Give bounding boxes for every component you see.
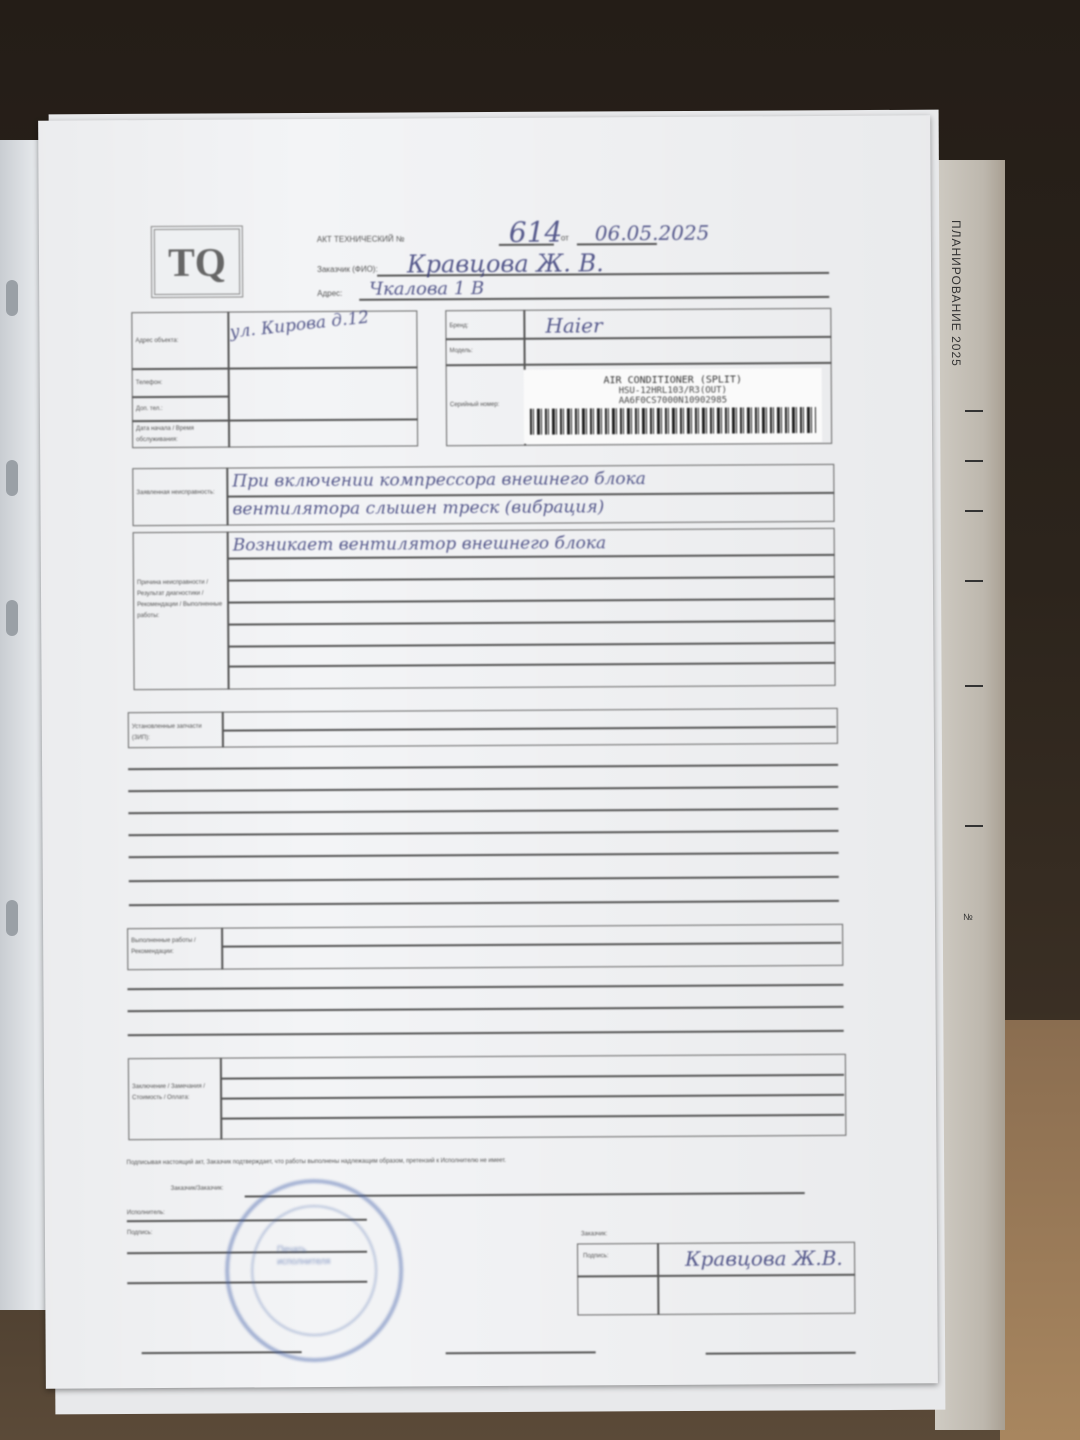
binder-ring [6, 600, 18, 636]
ruled-line [128, 830, 838, 836]
spine-text: ПЛАНИРОВАНИЕ 2025 [949, 220, 963, 367]
ruled-line [129, 876, 839, 882]
works-label: Выполненные работы / Рекомендации: [131, 936, 219, 959]
extra-phone-label: Доп. тел.: [136, 404, 163, 415]
stamp-inner-ring [251, 1205, 378, 1337]
handwritten-issue-line-2: вентилятора слышен треск (вибрация) [232, 497, 604, 519]
ruled-line [128, 1006, 844, 1012]
table-surface [1000, 1020, 1080, 1440]
phone-label: Телефон: [136, 378, 163, 389]
serial-label: Серийный номер: [450, 400, 500, 411]
customer-sign-label: Заказчик/Заказчик: [171, 1184, 224, 1195]
ruled-line [129, 852, 839, 858]
spine-tick [965, 580, 983, 582]
handwritten-brand: Haier [545, 313, 602, 337]
spine-tick [965, 510, 983, 512]
spine-number: № [963, 912, 973, 922]
ruled-line [127, 984, 843, 990]
divider [221, 928, 223, 970]
ruled-line [128, 808, 838, 814]
address-label: Адрес: [317, 289, 342, 298]
spine-tick [965, 460, 983, 462]
customer-right-label: Заказчик: [581, 1229, 607, 1240]
customer-label: Заказчик (ФИО): [317, 265, 378, 274]
sticker-serial: AA6F0CS7000N10902985 [524, 395, 822, 407]
stamp-text: Печать исполнителя [277, 1243, 357, 1267]
ruled-line [128, 1030, 844, 1036]
handwritten-customer: Кравцова Ж. В. [407, 249, 604, 278]
customer-right-sign-label: Подпись: [583, 1251, 608, 1262]
handwritten-diagnostics-line-1: Возникает вентилятор внешнего блока [233, 533, 607, 555]
parts-label: Установленные запчасти (ЗИП): [132, 722, 220, 745]
ruled-line [129, 900, 839, 906]
ruled-line [128, 764, 838, 770]
address-object-label: Адрес объекта: [135, 336, 178, 347]
date-time-label: Дата начала / Время обслуживания: [136, 424, 226, 447]
service-act-page: TQ АКТ ТЕХНИЧЕСКИЙ № от Заказчик (ФИО): … [38, 115, 938, 1388]
binder-spine-sheet: ПЛАНИРОВАНИЕ 2025 № [935, 160, 1005, 1430]
spine-tick [965, 685, 983, 687]
spine-tick [965, 825, 983, 827]
handwritten-address: Чкалова 1 В [369, 278, 484, 300]
brand-label: Бренд: [449, 321, 468, 332]
bottom-line [446, 1351, 596, 1353]
device-serial-sticker: AIR CONDITIONER (SPLIT) HSU-12HRL103/R3(… [524, 368, 822, 444]
handwritten-date: 06.05.2025 [595, 221, 710, 246]
binder-ring [6, 900, 18, 936]
issue-label: Заявленная неисправность: [136, 488, 224, 500]
binder-ring [6, 280, 18, 316]
executor-signature-label: Подпись: [127, 1228, 152, 1239]
notes-label: Заключение / Замечания / Стоимость / Опл… [132, 1082, 218, 1105]
barcode-icon [530, 407, 816, 435]
ruled-line [128, 786, 838, 792]
act-title-label: АКТ ТЕХНИЧЕСКИЙ № [317, 235, 405, 245]
bottom-line [706, 1352, 856, 1354]
footer-disclaimer: Подписывая настоящий акт, Заказчик подтв… [126, 1158, 506, 1166]
handwritten-issue-line-1: При включении компрессора внешнего блока [232, 469, 646, 492]
company-logo: TQ [151, 225, 243, 298]
handwritten-act-number: 614 [509, 216, 563, 249]
binder-ring [6, 460, 18, 496]
diagnostics-label: Причина неисправности / Результат диагно… [137, 578, 225, 623]
model-label: Модель: [450, 346, 473, 357]
customer-signature: Кравцова Ж.В. [685, 1246, 843, 1271]
spine-tick [965, 410, 983, 412]
company-stamp: Печать исполнителя [225, 1179, 404, 1363]
executor-label: Исполнитель: [127, 1208, 165, 1219]
